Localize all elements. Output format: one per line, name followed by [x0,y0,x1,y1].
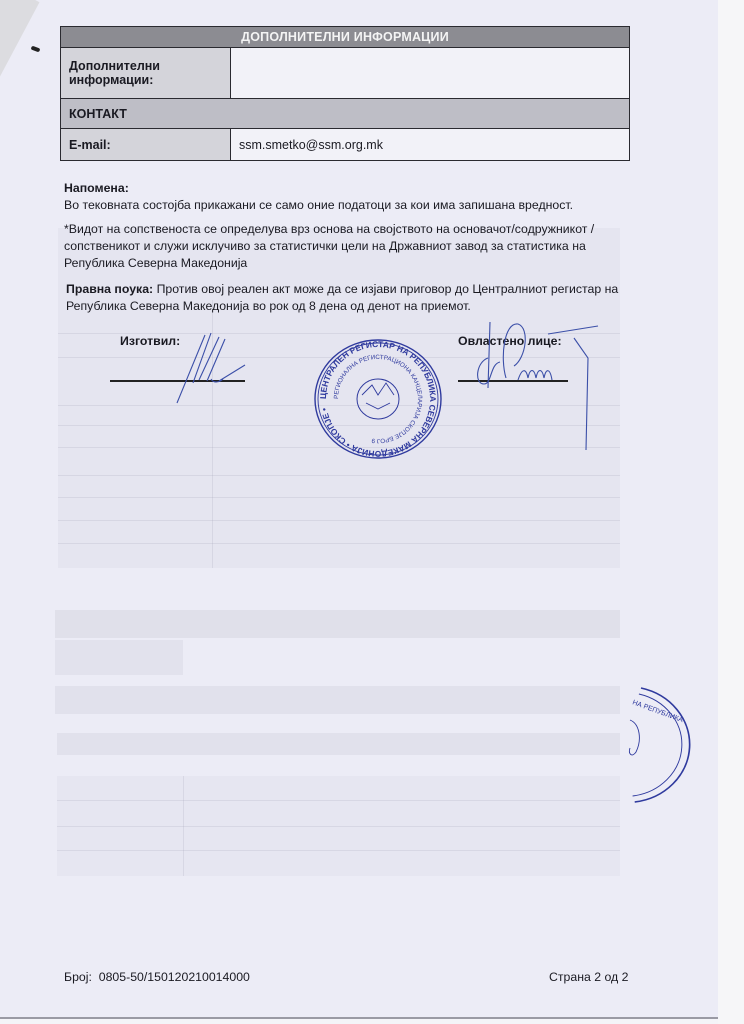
table-row: E-mail: ssm.smetko@ssm.org.mk [61,129,630,161]
partial-edge-stamp: НА РЕПУБЛИКА [628,684,708,808]
document-number-label: Број: [64,970,92,984]
prepared-by-signature [175,325,255,405]
email-value: ssm.smetko@ssm.org.mk [231,129,630,161]
ownership-note: *Видот на сопственоста се определува врз… [64,221,624,272]
svg-text:РЕГИОНАЛНА РЕГИСТРАЦИОНА КАНЦЕ: РЕГИОНАЛНА РЕГИСТРАЦИОНА КАНЦЕЛАРИЈА СКО… [333,354,423,444]
prepared-by-label: Изготвил: [120,334,180,348]
scan-mark [31,46,41,53]
additional-info-value [231,48,630,99]
legal-notice-label: Правна поука: [66,282,153,296]
document-number: Број: 0805-50/150120210014000 [64,970,250,984]
table-section-row: КОНТАКТ [61,99,630,129]
contact-section-label: КОНТАКТ [61,99,630,129]
official-stamp: ЦЕНТРАЛЕН РЕГИСТАР НА РЕПУБЛИКА СЕВЕРНА … [312,337,444,461]
additional-info-table: ДОПОЛНИТЕЛНИ ИНФОРМАЦИИ Дополнителни инф… [60,26,630,161]
scan-edge-strip [718,0,744,1024]
stamp-inner-text: РЕГИОНАЛНА РЕГИСТРАЦИОНА КАНЦЕЛАРИЈА СКО… [333,354,423,444]
additional-info-label: Дополнителни информации: [61,48,231,99]
legal-notice: Правна поука: Против овој реален акт мож… [66,281,636,315]
note-text: Во тековната состојба прикажани се само … [64,197,573,214]
document-number-value: 0805-50/150120210014000 [99,970,250,984]
page-number: Страна 2 од 2 [549,970,629,984]
table-header: ДОПОЛНИТЕЛНИ ИНФОРМАЦИИ [61,27,630,48]
document-page: ДОПОЛНИТЕЛНИ ИНФОРМАЦИИ Дополнителни инф… [0,0,718,1019]
partial-stamp-text: НА РЕПУБЛИКА [631,699,684,724]
email-label: E-mail: [61,129,231,161]
note-title: Напомена: [64,180,129,197]
authorized-signature [470,318,610,458]
table-row: Дополнителни информации: [61,48,630,99]
page-corner-shadow [0,0,39,126]
